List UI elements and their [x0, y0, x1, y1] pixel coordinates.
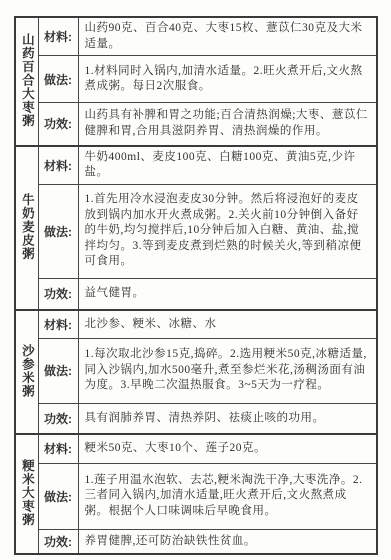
recipe-row: 功效: 养胃健脾,还可防治缺铁性贫血。: [15, 529, 377, 554]
recipe-name-text: 粳米大枣粥: [20, 459, 33, 527]
row-label: 材料:: [38, 146, 78, 185]
recipe-row: 功效: 山药具有补脾和胃之功能;百合清热润燥;大枣、薏苡仁健脾和胃,合用具滋阴养…: [15, 103, 377, 146]
row-content: 益气健胃。: [78, 278, 377, 310]
recipe-row: 做法: 1.莲子用温水泡软、去芯,粳米淘洗干净,大枣洗净。2.三者同入锅内,加清…: [15, 463, 377, 529]
recipe-name-text: 牛奶麦皮粥: [20, 193, 33, 261]
row-content: 1.每次取北沙参15克,捣碎。2.选用粳米50克,冰糖适量,同入沙锅内,加水50…: [78, 338, 377, 403]
row-label: 功效:: [38, 103, 78, 146]
recipe-row: 功效: 益气健胃。: [15, 278, 377, 310]
recipe-name: 粳米大枣粥: [15, 434, 38, 554]
recipe-row: 做法: 1.首先用冷水浸泡麦皮30分钟。然后将浸泡好的麦皮放到锅内加水开火煮成粥…: [15, 184, 377, 278]
recipe-row: 沙参米粥 材料: 北沙参、粳米、冰糖、水: [15, 310, 377, 338]
row-content: 粳米50克、大枣10个、莲子20克。: [78, 434, 377, 463]
row-label: 做法:: [38, 338, 78, 403]
recipe-row: 牛奶麦皮粥 材料: 牛奶400ml、麦皮100克、白糖100克、黄油5克,少许盐…: [15, 146, 377, 185]
row-content: 1.首先用冷水浸泡麦皮30分钟。然后将浸泡好的麦皮放到锅内加水开火煮成粥。2.关…: [78, 184, 377, 278]
document-page: 山药百合大枣粥 材料: 山药90克、百合40克、大枣15枚、薏苡仁30克及大米适…: [0, 0, 391, 560]
row-content: 牛奶400ml、麦皮100克、白糖100克、黄油5克,少许盐。: [78, 146, 377, 185]
row-label: 材料:: [38, 17, 78, 56]
row-content: 北沙参、粳米、冰糖、水: [78, 310, 377, 338]
recipe-name-text: 沙参米粥: [20, 344, 33, 398]
row-content: 山药90克、百合40克、大枣15枚、薏苡仁30克及大米适量。: [78, 17, 377, 56]
row-content: 1.莲子用温水泡软、去芯,粳米淘洗干净,大枣洗净。2.三者同入锅内,加清水适量,…: [78, 463, 377, 529]
recipe-name-text: 山药百合大枣粥: [20, 33, 33, 128]
recipe-name: 山药百合大枣粥: [15, 17, 38, 146]
row-label: 功效:: [38, 529, 78, 554]
row-content: 具有润肺养胃、清热养阴、祛痰止咳的功用。: [78, 403, 377, 434]
recipe-name: 沙参米粥: [15, 310, 38, 434]
row-content: 养胃健脾,还可防治缺铁性贫血。: [78, 529, 377, 554]
recipe-row: 山药百合大枣粥 材料: 山药90克、百合40克、大枣15枚、薏苡仁30克及大米适…: [15, 17, 377, 56]
recipe-row: 功效: 具有润肺养胃、清热养阴、祛痰止咳的功用。: [15, 403, 377, 434]
row-label: 功效:: [38, 278, 78, 310]
recipe-table: 山药百合大枣粥 材料: 山药90克、百合40克、大枣15枚、薏苡仁30克及大米适…: [14, 16, 378, 555]
row-content: 山药具有补脾和胃之功能;百合清热润燥;大枣、薏苡仁健脾和胃,合用具滋阴养胃、清热…: [78, 103, 377, 146]
recipe-name: 牛奶麦皮粥: [15, 146, 38, 311]
recipe-row: 做法: 1.材料同时入锅内,加清水适量。2.旺火煮开后,文火熬煮成粥。每日2次服…: [15, 56, 377, 103]
row-label: 做法:: [38, 56, 78, 103]
row-label: 做法:: [38, 184, 78, 278]
row-label: 做法:: [38, 463, 78, 529]
row-content: 1.材料同时入锅内,加清水适量。2.旺火煮开后,文火熬煮成粥。每日2次服食。: [78, 56, 377, 103]
recipe-row: 粳米大枣粥 材料: 粳米50克、大枣10个、莲子20克。: [15, 434, 377, 463]
row-label: 功效:: [38, 403, 78, 434]
row-label: 材料:: [38, 434, 78, 463]
row-label: 材料:: [38, 310, 78, 338]
recipe-row: 做法: 1.每次取北沙参15克,捣碎。2.选用粳米50克,冰糖适量,同入沙锅内,…: [15, 338, 377, 403]
